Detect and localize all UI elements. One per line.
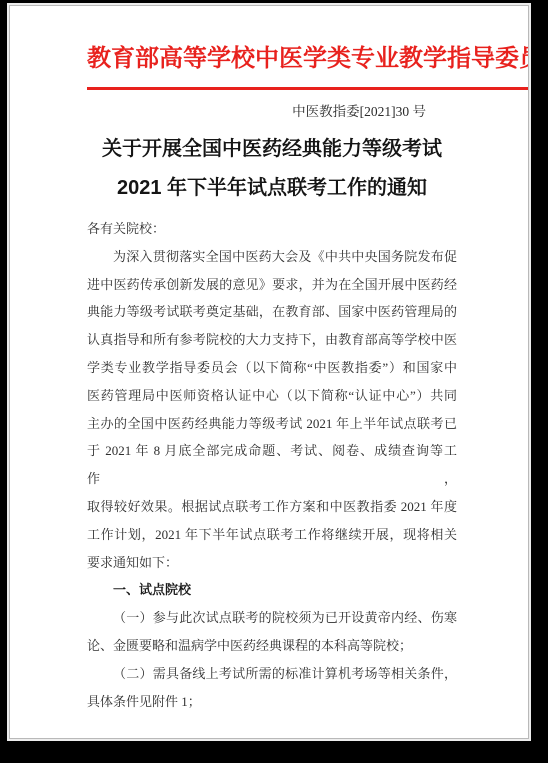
letterhead: 教育部高等学校中医学类专业教学指导委员会 bbox=[87, 44, 457, 90]
notice-title: 关于开展全国中医药经典能力等级考试 2021 年下半年试点联考工作的通知 bbox=[87, 130, 457, 208]
para-line: 论、金匮要略和温病学中医药经典课程的本科高等院校； bbox=[87, 632, 457, 660]
para-line: 具体条件见附件 1； bbox=[87, 688, 457, 716]
document-page: 教育部高等学校中医学类专业教学指导委员会 中医教指委[2021]30 号 关于开… bbox=[9, 5, 529, 739]
document-number: 中医教指委[2021]30 号 bbox=[87, 102, 457, 122]
para-line: 于 2021 年 8 月底全部完成命题、考试、阅卷、成绩查询等工作， bbox=[87, 437, 457, 493]
para-line: 典能力等级考试联考奠定基础，在教育部、国家中医药管理局的 bbox=[87, 298, 457, 326]
para-line: 学类专业教学指导委员会（以下简称“中医教指委”）和国家中 bbox=[87, 354, 457, 382]
para-line: 进中医药传承创新发展的意见》要求，并为在全国开展中医药经 bbox=[87, 271, 457, 299]
para-line: 为深入贯彻落实全国中医药大会及《中共中央国务院发布促 bbox=[87, 243, 457, 271]
section-heading: 一、试点院校 bbox=[87, 576, 457, 604]
para-line: 认真指导和所有参考院校的大力支持下，由教育部高等学校中医 bbox=[87, 326, 457, 354]
para-line: （一）参与此次试点联考的院校须为已开设黄帝内经、伤寒 bbox=[87, 604, 457, 632]
para-line: 要求通知如下： bbox=[87, 549, 457, 577]
para-line: 工作计划，2021 年下半年试点联考工作将继续开展，现将相关 bbox=[87, 521, 457, 549]
para-line: 取得较好效果。根据试点联考工作方案和中医教指委 2021 年度 bbox=[87, 493, 457, 521]
notice-body: 各有关院校： 为深入贯彻落实全国中医药大会及《中共中央国务院发布促 进中医药传承… bbox=[87, 215, 457, 715]
notice-title-line-2: 2021 年下半年试点联考工作的通知 bbox=[87, 169, 457, 208]
para-line: 主办的全国中医药经典能力等级考试 2021 年上半年试点联考已 bbox=[87, 410, 457, 438]
notice-title-line-1: 关于开展全国中医药经典能力等级考试 bbox=[87, 130, 457, 169]
para-line: （二）需具备线上考试所需的标准计算机考场等相关条件， bbox=[87, 660, 457, 688]
issuing-org-name: 教育部高等学校中医学类专业教学指导委员会 bbox=[87, 44, 529, 90]
para-line: 医药管理局中医师资格认证中心（以下简称“认证中心”）共同 bbox=[87, 382, 457, 410]
salutation: 各有关院校： bbox=[87, 215, 457, 243]
